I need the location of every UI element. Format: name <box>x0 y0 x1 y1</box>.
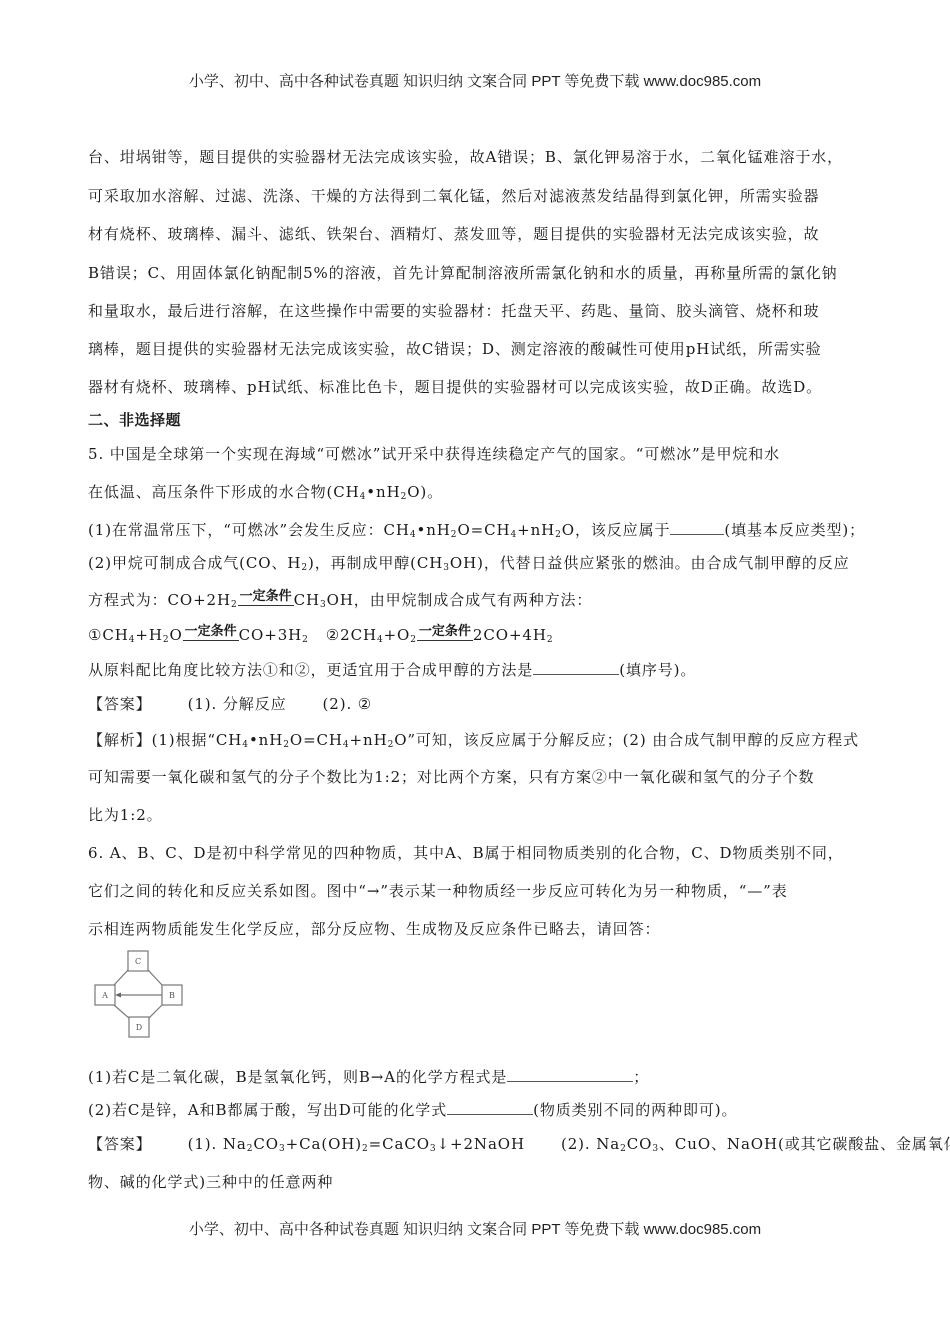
answer-blank-4[interactable] <box>447 1100 533 1115</box>
answer-label: 【答案】 <box>88 695 152 713</box>
section-title: 二、非选择题 <box>88 410 878 430</box>
q6-stem-line-1: 6. A、B、C、D是初中科学常见的四种物质，其中A、B属于相同物质类别的化合物… <box>88 843 878 863</box>
answer-blank-1[interactable] <box>670 520 724 535</box>
q5-part-1: (1)在常温常压下，“可燃冰”会发生反应：CH4•nH2O=CH4+nH2O，该… <box>88 520 878 540</box>
q5-methods: ①CH4+H2O一定条件CO+3H2 ②2CH4+O2一定条件2CO+4H2 <box>88 625 878 646</box>
footer-banner: 小学、初中、高中各种试卷真题 知识归纳 文案合同 PPT 等免费下载 www.d… <box>0 1218 950 1239</box>
svg-text:B: B <box>169 991 175 1000</box>
q4-analysis-line-7: 器材有烧杯、玻璃棒、pH试纸、标准比色卡，题目提供的实验器材可以完成该实验，故D… <box>88 377 878 397</box>
header-banner: 小学、初中、高中各种试卷真题 知识归纳 文案合同 PPT 等免费下载 www.d… <box>0 70 950 91</box>
reaction-condition: 一定条件 <box>417 624 473 641</box>
q4-analysis-line-1: 台、坩埚钳等，题目提供的实验器材无法完成该实验，故A错误；B、氯化钾易溶于水，二… <box>88 147 878 167</box>
q6-stem-line-2: 它们之间的转化和反应关系如图。图中“→”表示某一种物质经一步反应可转化为另一种物… <box>88 881 878 901</box>
answer-blank-3[interactable] <box>507 1067 633 1082</box>
q5-stem-line-1: 5. 中国是全球第一个实现在海域“可燃冰”试开采中获得连续稳定产气的国家。“可燃… <box>88 444 878 464</box>
q5-part-2: (2)甲烷可制成合成气(CO、H2)，再制成甲醇(CH3OH)，代替日益供应紧张… <box>88 553 878 573</box>
q5-analysis-line-2: 可知需要一氧化碳和氢气的分子个数比为1:2；对比两个方案，只有方案②中一氧化碳和… <box>88 767 878 787</box>
answer-blank-2[interactable] <box>533 660 619 675</box>
q5-equation: 方程式为：CO+2H2一定条件CH3OH，由甲烷制成合成气有两种方法： <box>88 590 878 611</box>
q4-analysis-line-6: 璃棒，题目提供的实验器材无法完成该实验，故C错误；D、测定溶液的酸碱性可使用pH… <box>88 339 878 359</box>
q5-question-2: 从原料配比角度比较方法①和②，更适宜用于合成甲醇的方法是(填序号)。 <box>88 660 878 680</box>
q6-answer-line-2: 物、碱的化学式)三种中的任意两种 <box>88 1172 878 1192</box>
q5-stem-line-2: 在低温、高压条件下形成的水合物(CH4•nH2O)。 <box>88 482 878 502</box>
q5-answer: 【答案】(1). 分解反应(2). ② <box>88 694 878 714</box>
q6-stem-line-3: 示相连两物质能发生化学反应，部分反应物、生成物及反应条件已略去，请回答： <box>88 919 878 939</box>
reaction-condition: 一定条件 <box>238 589 294 606</box>
q5-analysis-line-3: 比为1:2。 <box>88 805 878 825</box>
relation-diagram-graphic: C A B D <box>88 945 188 1045</box>
svg-text:C: C <box>135 957 141 966</box>
q4-analysis-line-2: 可采取加水溶解、过滤、洗涤、干燥的方法得到二氧化锰，然后对滤液蒸发结晶得到氯化钾… <box>88 186 878 206</box>
reaction-diagram: C A B D <box>88 945 188 1045</box>
q6-part-1: (1)若C是二氧化碳，B是氢氧化钙，则B→A的化学方程式是； <box>88 1067 878 1087</box>
q4-analysis-line-5: 和量取水，最后进行溶解，在这些操作中需要的实验器材：托盘天平、药匙、量筒、胶头滴… <box>88 301 878 321</box>
reaction-condition: 一定条件 <box>183 624 239 641</box>
q5-analysis-line-1: 【解析】(1)根据“CH4•nH2O=CH4+nH2O”可知，该反应属于分解反应… <box>88 730 878 750</box>
analysis-label: 【解析】 <box>88 731 152 749</box>
q6-answer-line-1: 【答案】(1). Na2CO3+Ca(OH)2=CaCO3↓+2NaOH(2).… <box>88 1134 878 1154</box>
q4-analysis-line-3: 材有烧杯、玻璃棒、漏斗、滤纸、铁架台、酒精灯、蒸发皿等，题目提供的实验器材无法完… <box>88 224 878 244</box>
svg-text:D: D <box>136 1023 142 1032</box>
svg-text:A: A <box>101 991 108 1000</box>
q4-analysis-line-4: B错误；C、用固体氯化钠配制5%的溶液，首先计算配制溶液所需氯化钠和水的质量，再… <box>88 263 878 283</box>
q6-part-2: (2)若C是锌，A和B都属于酸，写出D可能的化学式(物质类别不同的两种即可)。 <box>88 1100 878 1120</box>
answer-label: 【答案】 <box>88 1135 152 1153</box>
